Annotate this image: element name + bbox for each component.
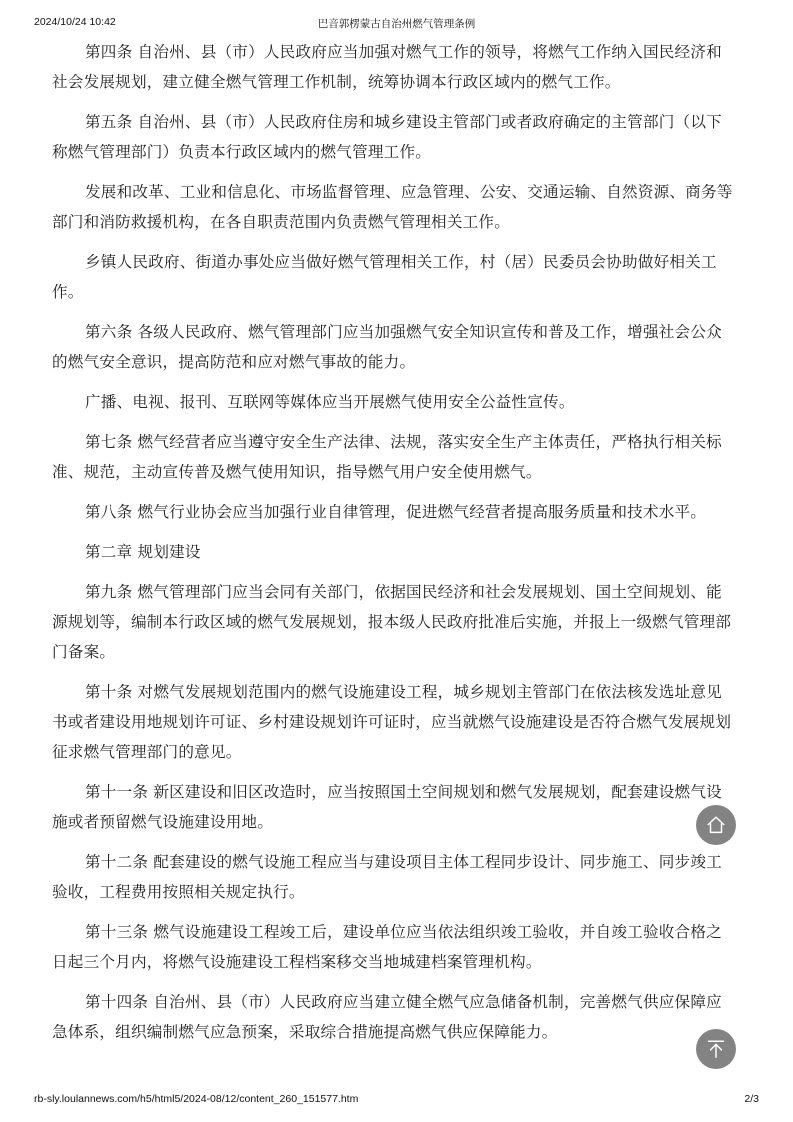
article-6: 第六条 各级人民政府、燃气管理部门应当加强燃气安全知识宣传和普及工作，增强社会公… xyxy=(52,317,752,377)
text-line: 作。 xyxy=(52,277,752,307)
text-line: 第八条 燃气行业协会应当加强行业自律管理，促进燃气经营者提高服务质量和技术水平。 xyxy=(52,497,752,527)
text-line: 广播、电视、报刊、互联网等媒体应当开展燃气使用安全公益性宣传。 xyxy=(52,387,752,417)
arrow-up-to-top-icon xyxy=(705,1038,727,1060)
chapter-title: 第二章 规划建设 xyxy=(52,537,752,567)
article-13: 第十三条 燃气设施建设工程竣工后，建设单位应当依法组织竣工验收，并自竣工验收合格… xyxy=(52,917,752,977)
print-footer: rb-sly.loulannews.com/h5/html5/2024-08/1… xyxy=(0,1093,793,1109)
home-button[interactable] xyxy=(696,805,736,845)
article-9: 第九条 燃气管理部门应当会同有关部门，依据国民经济和社会发展规划、国土空间规划、… xyxy=(52,577,752,667)
text-line: 第七条 燃气经营者应当遵守安全生产法律、法规，落实安全生产主体责任，严格执行相关… xyxy=(52,427,752,457)
text-line: 第十四条 自治州、县（市）人民政府应当建立健全燃气应急储备机制，完善燃气供应保障… xyxy=(52,987,752,1017)
print-header: 2024/10/24 10:42 巴音郭楞蒙古自治州燃气管理条例 xyxy=(0,16,793,32)
article-5-paragraph-2: 发展和改革、工业和信息化、市场监督管理、应急管理、公安、交通运输、自然资源、商务… xyxy=(52,177,752,237)
article-5-paragraph-3: 乡镇人民政府、街道办事处应当做好燃气管理相关工作，村（居）民委员会协助做好相关工… xyxy=(52,247,752,307)
text-line: 发展和改革、工业和信息化、市场监督管理、应急管理、公安、交通运输、自然资源、商务… xyxy=(52,177,752,207)
text-line: 急体系，组织编制燃气应急预案，采取综合措施提高燃气供应保障能力。 xyxy=(52,1017,752,1047)
article-6-paragraph-2: 广播、电视、报刊、互联网等媒体应当开展燃气使用安全公益性宣传。 xyxy=(52,387,752,417)
text-line: 第十一条 新区建设和旧区改造时，应当按照国土空间规划和燃气发展规划，配套建设燃气… xyxy=(52,777,752,807)
article-8: 第八条 燃气行业协会应当加强行业自律管理，促进燃气经营者提高服务质量和技术水平。 xyxy=(52,497,752,527)
document-title: 巴音郭楞蒙古自治州燃气管理条例 xyxy=(0,16,793,31)
text-line: 的燃气安全意识，提高防范和应对燃气事故的能力。 xyxy=(52,347,752,377)
chapter-2-heading: 第二章 规划建设 xyxy=(52,537,752,567)
text-line: 源规划等，编制本行政区域的燃气发展规划，报本级人民政府批准后实施，并报上一级燃气… xyxy=(52,607,752,637)
article-7: 第七条 燃气经营者应当遵守安全生产法律、法规，落实安全生产主体责任，严格执行相关… xyxy=(52,427,752,487)
text-line: 第九条 燃气管理部门应当会同有关部门，依据国民经济和社会发展规划、国土空间规划、… xyxy=(52,577,752,607)
text-line: 第五条 自治州、县（市）人民政府住房和城乡建设主管部门或者政府确定的主管部门（以… xyxy=(52,107,752,137)
text-line: 验收，工程费用按照相关规定执行。 xyxy=(52,877,752,907)
back-to-top-button[interactable] xyxy=(696,1029,736,1069)
article-5: 第五条 自治州、县（市）人民政府住房和城乡建设主管部门或者政府确定的主管部门（以… xyxy=(52,107,752,167)
article-11: 第十一条 新区建设和旧区改造时，应当按照国土空间规划和燃气发展规划，配套建设燃气… xyxy=(52,777,752,837)
home-icon xyxy=(705,814,727,836)
page-number: 2/3 xyxy=(744,1093,759,1105)
text-line: 门备案。 xyxy=(52,637,752,667)
text-line: 准、规范，主动宣传普及燃气使用知识，指导燃气用户安全使用燃气。 xyxy=(52,457,752,487)
text-line: 第十二条 配套建设的燃气设施工程应当与建设项目主体工程同步设计、同步施工、同步竣… xyxy=(52,847,752,877)
text-line: 第十条 对燃气发展规划范围内的燃气设施建设工程，城乡规划主管部门在依法核发选址意… xyxy=(52,677,752,707)
article-14: 第十四条 自治州、县（市）人民政府应当建立健全燃气应急储备机制，完善燃气供应保障… xyxy=(52,987,752,1047)
article-12: 第十二条 配套建设的燃气设施工程应当与建设项目主体工程同步设计、同步施工、同步竣… xyxy=(52,847,752,907)
text-line: 书或者建设用地规划许可证、乡村建设规划许可证时，应当就燃气设施建设是否符合燃气发… xyxy=(52,707,752,737)
text-line: 征求燃气管理部门的意见。 xyxy=(52,737,752,767)
page-url: rb-sly.loulannews.com/h5/html5/2024-08/1… xyxy=(34,1093,358,1105)
text-line: 第六条 各级人民政府、燃气管理部门应当加强燃气安全知识宣传和普及工作，增强社会公… xyxy=(52,317,752,347)
text-line: 部门和消防救援机构，在各自职责范围内负责燃气管理相关工作。 xyxy=(52,207,752,237)
text-line: 第四条 自治州、县（市）人民政府应当加强对燃气工作的领导，将燃气工作纳入国民经济… xyxy=(52,37,752,67)
text-line: 乡镇人民政府、街道办事处应当做好燃气管理相关工作，村（居）民委员会协助做好相关工 xyxy=(52,247,752,277)
text-line: 称燃气管理部门）负责本行政区域内的燃气管理工作。 xyxy=(52,137,752,167)
article-10: 第十条 对燃气发展规划范围内的燃气设施建设工程，城乡规划主管部门在依法核发选址意… xyxy=(52,677,752,767)
text-line: 社会发展规划，建立健全燃气管理工作机制，统筹协调本行政区域内的燃气工作。 xyxy=(52,67,752,97)
text-line: 第十三条 燃气设施建设工程竣工后，建设单位应当依法组织竣工验收，并自竣工验收合格… xyxy=(52,917,752,947)
article-4: 第四条 自治州、县（市）人民政府应当加强对燃气工作的领导，将燃气工作纳入国民经济… xyxy=(52,37,752,97)
text-line: 日起三个月内，将燃气设施建设工程档案移交当地城建档案管理机构。 xyxy=(52,947,752,977)
article-body: 第四条 自治州、县（市）人民政府应当加强对燃气工作的领导，将燃气工作纳入国民经济… xyxy=(52,37,752,1057)
text-line: 施或者预留燃气设施建设用地。 xyxy=(52,807,752,837)
